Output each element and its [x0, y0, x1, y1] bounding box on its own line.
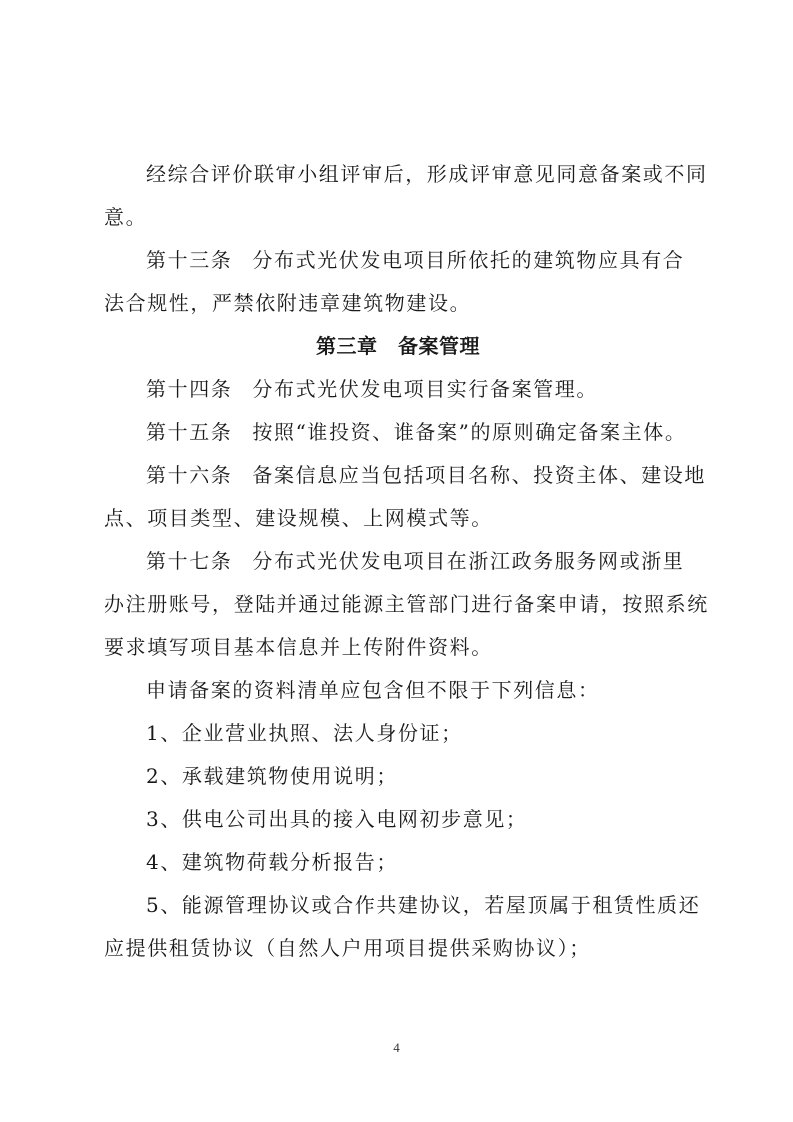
article-number: 第十六条 [146, 463, 232, 487]
article-text: 分布式光伏发电项目所依托的建筑物应具有合 [252, 248, 684, 272]
list-item: 4、建筑物荷载分析报告； [104, 841, 692, 884]
article-number: 第十五条 [146, 420, 232, 444]
chapter-heading: 第三章 备案管理 [104, 325, 692, 368]
list-item: 1、企业营业执照、法人身份证； [104, 712, 692, 755]
paragraph-line: 经综合评价联审小组评审后，形成评审意见同意备案或不同 [104, 153, 692, 196]
article-text: 分布式光伏发电项目实行备案管理。 [252, 377, 598, 401]
paragraph-line: 法合规性，严禁依附违章建筑物建设。 [104, 282, 692, 325]
article-17: 第十七条分布式光伏发电项目在浙江政务服务网或浙里 [104, 540, 692, 583]
list-item: 5、能源管理协议或合作共建协议，若屋顶属于租赁性质还 [104, 884, 692, 927]
paragraph-line: 办注册账号，登陆并通过能源主管部门进行备案申请，按照系统 [104, 583, 692, 626]
list-item: 3、供电公司出具的接入电网初步意见； [104, 798, 692, 841]
document-body: 经综合评价联审小组评审后，形成评审意见同意备案或不同 意。 第十三条分布式光伏发… [104, 153, 692, 970]
paragraph-line: 申请备案的资料清单应包含但不限于下列信息： [104, 669, 692, 712]
article-number: 第十七条 [146, 549, 232, 573]
article-13: 第十三条分布式光伏发电项目所依托的建筑物应具有合 [104, 239, 692, 282]
list-item: 2、承载建筑物使用说明； [104, 755, 692, 798]
article-number: 第十四条 [146, 377, 232, 401]
list-item-continuation: 应提供租赁协议（自然人户用项目提供采购协议）； [104, 927, 692, 970]
article-number: 第十三条 [146, 248, 232, 272]
article-text: 备案信息应当包括项目名称、投资主体、建设地 [252, 463, 706, 487]
article-15: 第十五条按照“谁投资、谁备案”的原则确定备案主体。 [104, 411, 692, 454]
page-number: 4 [0, 1040, 793, 1056]
article-16: 第十六条备案信息应当包括项目名称、投资主体、建设地 [104, 454, 692, 497]
article-text: 分布式光伏发电项目在浙江政务服务网或浙里 [252, 549, 684, 573]
document-page: 经综合评价联审小组评审后，形成评审意见同意备案或不同 意。 第十三条分布式光伏发… [0, 0, 793, 1122]
article-14: 第十四条分布式光伏发电项目实行备案管理。 [104, 368, 692, 411]
paragraph-line: 要求填写项目基本信息并上传附件资料。 [104, 626, 692, 669]
paragraph-line: 意。 [104, 196, 692, 239]
article-text: 按照“谁投资、谁备案”的原则确定备案主体。 [252, 420, 686, 444]
paragraph-line: 点、项目类型、建设规模、上网模式等。 [104, 497, 692, 540]
